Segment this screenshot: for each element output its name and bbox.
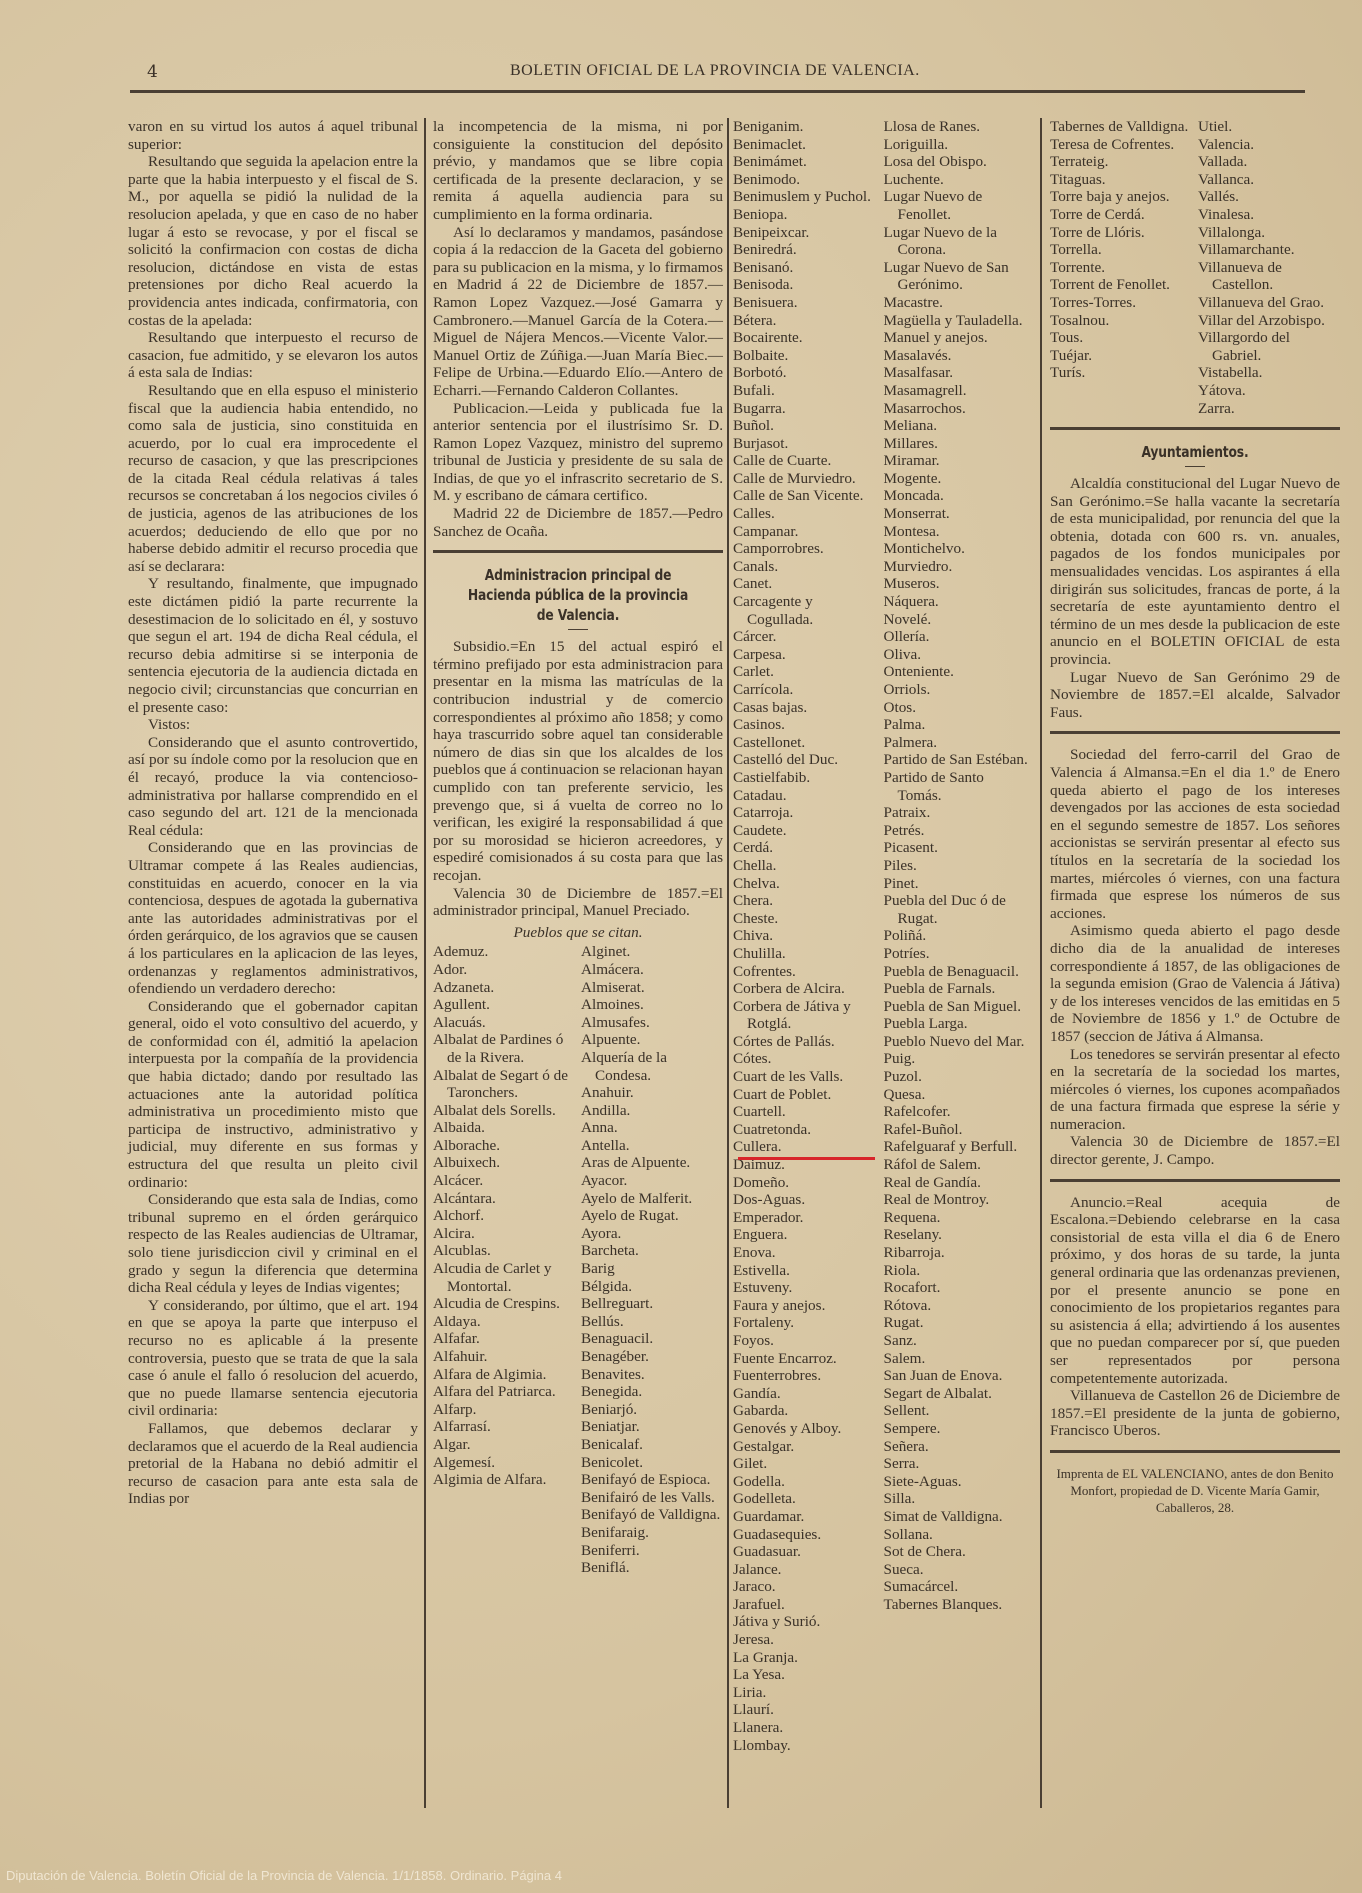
town-item: Sellent.: [884, 1402, 1029, 1420]
town-item: Benegida.: [581, 1383, 723, 1401]
town-item: Torrente.: [1050, 259, 1192, 277]
town-item: Alquería de la Condesa.: [581, 1049, 723, 1084]
town-item: Náquera.: [884, 593, 1029, 611]
town-item: Benimodo.: [733, 171, 878, 189]
towns-column-left: Ademuz.Ador.Adzaneta.Agullent.Alacuás.Al…: [433, 943, 575, 1576]
town-item: Andilla.: [581, 1102, 723, 1120]
town-item: Zarra.: [1198, 400, 1340, 418]
town-item: Benicalaf.: [581, 1436, 723, 1454]
town-item: Guadasequies.: [733, 1526, 878, 1544]
town-item: Carlet.: [733, 663, 878, 681]
town-item: Picasent.: [884, 839, 1029, 857]
town-item: Alacuás.: [433, 1014, 575, 1032]
town-item: Benisoda.: [733, 276, 878, 294]
town-item: Alcublas.: [433, 1242, 575, 1260]
section-title-hacienda: Administracion principal de Hacienda púb…: [459, 565, 697, 625]
town-item: Benavites.: [581, 1366, 723, 1384]
paragraph: Resultando que en ella espuso el ministe…: [128, 382, 418, 576]
town-item: Sot de Chera.: [884, 1543, 1029, 1561]
paragraph: Sociedad del ferro-carril del Grao de Va…: [1050, 746, 1340, 922]
town-item: Vallanca.: [1198, 171, 1340, 189]
town-item: Tous.: [1050, 329, 1192, 347]
town-item: Cuart de les Valls.: [733, 1068, 878, 1086]
town-item: Antella.: [581, 1137, 723, 1155]
town-item: Cuatretonda.: [733, 1121, 878, 1139]
town-item: Castelló del Duc.: [733, 751, 878, 769]
town-item: Godella.: [733, 1473, 878, 1491]
town-item: Tabernes de Valldigna.: [1050, 118, 1192, 136]
divider-dash: [568, 629, 588, 630]
town-item: Cullera.: [733, 1138, 878, 1156]
town-item: Barcheta.: [581, 1242, 723, 1260]
town-item: Titaguas.: [1050, 171, 1192, 189]
paragraph: Resultando que interpuesto el recurso de…: [128, 329, 418, 382]
town-item: Sollana.: [884, 1526, 1029, 1544]
town-item: Magüella y Tauladella.: [884, 312, 1029, 330]
column-divider: [1040, 118, 1042, 1808]
town-item: Domeño.: [733, 1174, 878, 1192]
town-item: Albuixech.: [433, 1154, 575, 1172]
town-item: Beniopa.: [733, 206, 878, 224]
town-item: Aldaya.: [433, 1313, 575, 1331]
town-item: Alcácer.: [433, 1172, 575, 1190]
towns-list: Beniganim.Benimaclet.Benimámet.Benimodo.…: [733, 118, 1028, 1754]
town-item: Benimaclet.: [733, 136, 878, 154]
paragraph: Asimismo queda abierto el pago desde dic…: [1050, 922, 1340, 1045]
town-item: Torre de Cerdá.: [1050, 206, 1192, 224]
town-item: Barig: [581, 1260, 723, 1278]
paragraph: Valencia 30 de Diciembre de 1857.=El dir…: [1050, 1133, 1340, 1168]
town-item: Ribarroja.: [884, 1244, 1029, 1262]
paragraph: Anuncio.=Real acequia de Escalona.=Debie…: [1050, 1194, 1340, 1388]
town-item: Monserrat.: [884, 505, 1029, 523]
town-item: Cerdá.: [733, 839, 878, 857]
column-divider: [424, 118, 426, 1808]
town-item: Yátova.: [1198, 382, 1340, 400]
town-item: Meliana.: [884, 417, 1029, 435]
town-item: Puzol.: [884, 1068, 1029, 1086]
town-item: Villanueva de Castellon.: [1198, 259, 1340, 294]
town-item: Petrés.: [884, 822, 1029, 840]
town-item: Ayacor.: [581, 1172, 723, 1190]
paragraph: Vistos:: [128, 716, 418, 734]
town-item: Benimuslem y Puchol.: [733, 188, 878, 206]
paragraph: Así lo declaramos y mandamos, pasándose …: [433, 224, 723, 400]
town-item: Emperador.: [733, 1209, 878, 1227]
town-item: Alginet.: [581, 943, 723, 961]
town-item: Miramar.: [884, 452, 1029, 470]
town-item: Riola.: [884, 1262, 1029, 1280]
towns-list: Ademuz.Ador.Adzaneta.Agullent.Alacuás.Al…: [433, 943, 723, 1576]
paragraph: Resultando que seguida la apelacion entr…: [128, 153, 418, 329]
town-item: Gabarda.: [733, 1402, 878, 1420]
paragraph: Y considerando, por último, que el art. …: [128, 1297, 418, 1420]
town-item: Rafelguaraf y Berfull.: [884, 1138, 1029, 1156]
town-item: Gestalgar.: [733, 1438, 878, 1456]
town-item: Beniganim.: [733, 118, 878, 136]
masthead-title: BOLETIN OFICIAL DE LA PROVINCIA DE VALEN…: [510, 62, 920, 80]
paragraph: Fallamos, que debemos declarar y declara…: [128, 1420, 418, 1508]
town-item: Anahuir.: [581, 1084, 723, 1102]
town-item: Jeresa.: [733, 1631, 878, 1649]
town-item: Partido de San Estéban.: [884, 751, 1029, 769]
town-item: Terrateig.: [1050, 153, 1192, 171]
towns-column-left: Tabernes de Valldigna.Teresa de Cofrente…: [1050, 118, 1192, 417]
town-item: Benimámet.: [733, 153, 878, 171]
town-item: Campanar.: [733, 523, 878, 541]
town-item: Albalat de Segart ó de Taronchers.: [433, 1067, 575, 1102]
paragraph: Y resultando, finalmente, que impugnado …: [128, 575, 418, 716]
town-item: Utiel.: [1198, 118, 1340, 136]
town-item: Tosalnou.: [1050, 312, 1192, 330]
town-item: Rafelcofer.: [884, 1103, 1029, 1121]
town-item: Torrella.: [1050, 241, 1192, 259]
town-item: Cárcer.: [733, 628, 878, 646]
town-item: Pinet.: [884, 875, 1029, 893]
town-item: Estivella.: [733, 1262, 878, 1280]
town-item: Fuenterrobres.: [733, 1367, 878, 1385]
town-item: Enguera.: [733, 1226, 878, 1244]
town-item: Bugarra.: [733, 400, 878, 418]
town-item: Almácera.: [581, 961, 723, 979]
town-item: Cuart de Poblet.: [733, 1086, 878, 1104]
town-item: Albalat de Pardines ó de la Rivera.: [433, 1031, 575, 1066]
town-item: Genovés y Alboy.: [733, 1420, 878, 1438]
town-item: Alfarrasí.: [433, 1418, 575, 1436]
town-item: Silla.: [884, 1490, 1029, 1508]
town-item: Beniredrá.: [733, 241, 878, 259]
town-item: Benifayó de Espioca.: [581, 1471, 723, 1489]
town-item: Masarrochos.: [884, 400, 1029, 418]
town-item: Llanera.: [733, 1719, 878, 1737]
town-item: Casinos.: [733, 716, 878, 734]
town-item: Bufali.: [733, 382, 878, 400]
town-item: Cótes.: [733, 1050, 878, 1068]
town-item: Fuente Encarroz.: [733, 1350, 878, 1368]
town-item: Almiserat.: [581, 979, 723, 997]
town-item: Enova.: [733, 1244, 878, 1262]
town-item: Beniatjar.: [581, 1418, 723, 1436]
town-item: Benagéber.: [581, 1348, 723, 1366]
town-item: Torres-Torres.: [1050, 294, 1192, 312]
town-item: Faura y anejos.: [733, 1297, 878, 1315]
town-item: Lugar Nuevo de San Gerónimo.: [884, 259, 1029, 294]
town-item: Sempere.: [884, 1420, 1029, 1438]
town-item: Chella.: [733, 857, 878, 875]
town-item: Chiva.: [733, 927, 878, 945]
paragraph: Alcaldía constitucional del Lugar Nuevo …: [1050, 475, 1340, 669]
town-item: Liria.: [733, 1684, 878, 1702]
town-item: Calle de San Vicente.: [733, 487, 878, 505]
town-item: Anna.: [581, 1119, 723, 1137]
highlight-underline: [738, 1157, 875, 1160]
towns-column-left: Beniganim.Benimaclet.Benimámet.Benimodo.…: [733, 118, 878, 1754]
town-item: Villamarchante.: [1198, 241, 1340, 259]
town-item: Alborache.: [433, 1137, 575, 1155]
town-item: Estuveny.: [733, 1279, 878, 1297]
town-item: Alfara del Patriarca.: [433, 1383, 575, 1401]
town-item: Museros.: [884, 575, 1029, 593]
town-item: Ráfol de Salem.: [884, 1156, 1029, 1174]
town-item: Otos.: [884, 699, 1029, 717]
column-3: Beniganim.Benimaclet.Benimámet.Benimodo.…: [733, 118, 1028, 1754]
town-item: Godelleta.: [733, 1490, 878, 1508]
town-item: Cheste.: [733, 910, 878, 928]
town-item: Masalfasar.: [884, 364, 1029, 382]
section-rule: [1050, 1179, 1340, 1182]
town-item: Benisanó.: [733, 259, 878, 277]
town-item: Sumacárcel.: [884, 1578, 1029, 1596]
paragraph: Considerando que esta sala de Indias, co…: [128, 1191, 418, 1297]
town-item: Albalat dels Sorells.: [433, 1102, 575, 1120]
town-item: Ayelo de Malferit.: [581, 1190, 723, 1208]
town-item: Carrícola.: [733, 681, 878, 699]
town-item: Llaurí.: [733, 1701, 878, 1719]
town-item: Oliva.: [884, 646, 1029, 664]
paragraph: Valencia 30 de Diciembre de 1857.=El adm…: [433, 885, 723, 920]
town-item: Calle de Murviedro.: [733, 470, 878, 488]
divider-dash: [1185, 466, 1205, 467]
town-item: Montichelvo.: [884, 540, 1029, 558]
town-item: Simat de Valldigna.: [884, 1508, 1029, 1526]
town-item: Bellús.: [581, 1313, 723, 1331]
town-item: Torrent de Fenollet.: [1050, 276, 1192, 294]
town-item: Segart de Albalat.: [884, 1385, 1029, 1403]
town-item: Villar del Arzobispo.: [1198, 312, 1340, 330]
town-item: Real de Montroy.: [884, 1191, 1029, 1209]
column-4: Tabernes de Valldigna.Teresa de Cofrente…: [1050, 118, 1340, 1516]
paragraph: Considerando que el gobernador capitan g…: [128, 998, 418, 1192]
town-item: Canals.: [733, 558, 878, 576]
town-item: Dos-Aguas.: [733, 1191, 878, 1209]
section-rule: [433, 550, 723, 553]
town-item: Jalance.: [733, 1561, 878, 1579]
town-item: Puebla de Farnals.: [884, 980, 1029, 998]
town-item: Señera.: [884, 1438, 1029, 1456]
town-item: Palmera.: [884, 734, 1029, 752]
town-item: Lugar Nuevo de la Corona.: [884, 224, 1029, 259]
town-item: Novelé.: [884, 611, 1029, 629]
town-item: Vistabella.: [1198, 364, 1340, 382]
paragraph: Subsidio.=En 15 del actual espiró el tér…: [433, 638, 723, 884]
town-item: Benisuera.: [733, 294, 878, 312]
paragraph: la incompetencia de la misma, ni por con…: [433, 118, 723, 224]
town-item: Lugar Nuevo de Fenollet.: [884, 188, 1029, 223]
town-item: Buñol.: [733, 417, 878, 435]
town-item: Beniflá.: [581, 1559, 723, 1577]
town-item: San Juan de Enova.: [884, 1367, 1029, 1385]
town-item: Gandía.: [733, 1385, 878, 1403]
town-item: Puebla del Duc ó de Rugat.: [884, 892, 1029, 927]
town-item: Bocairente.: [733, 329, 878, 347]
section-title-ayuntamientos: Ayuntamientos.: [1076, 442, 1314, 462]
town-item: Algemesí.: [433, 1454, 575, 1472]
paragraph: Lugar Nuevo de San Gerónimo 29 de Noviem…: [1050, 669, 1340, 722]
town-item: Canet.: [733, 575, 878, 593]
town-item: Benifaraig.: [581, 1524, 723, 1542]
town-item: Catadau.: [733, 787, 878, 805]
town-item: Casas bajas.: [733, 699, 878, 717]
town-item: Adzaneta.: [433, 979, 575, 997]
section-rule: [1050, 1450, 1340, 1453]
town-item: Beniarjó.: [581, 1401, 723, 1419]
town-item: Rafel-Buñol.: [884, 1121, 1029, 1139]
town-item: Bétera.: [733, 312, 878, 330]
column-1: varon en su virtud los autos á aquel tri…: [128, 118, 418, 1508]
town-item: Onteniente.: [884, 663, 1029, 681]
town-item: Luchente.: [884, 171, 1029, 189]
town-item: Montesa.: [884, 523, 1029, 541]
archive-caption: Diputación de Valencia. Boletín Oficial …: [6, 1868, 562, 1883]
town-item: Calles.: [733, 505, 878, 523]
town-item: Mogente.: [884, 470, 1029, 488]
town-item: Ayora.: [581, 1225, 723, 1243]
town-item: Palma.: [884, 716, 1029, 734]
towns-column-right: Utiel.Valencia.Vallada.Vallanca.Vallés.V…: [1198, 118, 1340, 417]
town-item: Potríes.: [884, 945, 1029, 963]
towns-list: Tabernes de Valldigna.Teresa de Cofrente…: [1050, 118, 1340, 417]
town-item: Loriguilla.: [884, 136, 1029, 154]
town-item: Corbera de Alcira.: [733, 980, 878, 998]
town-item: Benipeixcar.: [733, 224, 878, 242]
town-item: Alfarp.: [433, 1401, 575, 1419]
town-item: Partido de Santo Tomás.: [884, 769, 1029, 804]
town-item: Guardamar.: [733, 1508, 878, 1526]
town-item: Corbera de Játiva y Rotglá.: [733, 998, 878, 1033]
town-item: Turís.: [1050, 364, 1192, 382]
town-item: Vinalesa.: [1198, 206, 1340, 224]
town-item: Benicolet.: [581, 1454, 723, 1472]
town-item: Torre de Llóris.: [1050, 224, 1192, 242]
town-item: Aras de Alpuente.: [581, 1154, 723, 1172]
header-rule: [130, 90, 1305, 93]
town-item: Guadasuar.: [733, 1543, 878, 1561]
town-item: Valencia.: [1198, 136, 1340, 154]
town-item: Castielfabib.: [733, 769, 878, 787]
town-item: Llombay.: [733, 1737, 878, 1755]
town-item: Macastre.: [884, 294, 1029, 312]
town-item: Pueblo Nuevo del Mar.: [884, 1033, 1029, 1051]
town-item: Almusafes.: [581, 1014, 723, 1032]
column-2: la incompetencia de la misma, ni por con…: [433, 118, 723, 1577]
town-item: Carpesa.: [733, 646, 878, 664]
town-item: Tuéjar.: [1050, 347, 1192, 365]
town-item: Vallada.: [1198, 153, 1340, 171]
town-item: Alchorf.: [433, 1207, 575, 1225]
town-item: Chulilla.: [733, 945, 878, 963]
town-item: Villargordo del Gabriel.: [1198, 329, 1340, 364]
paragraph: Los tenedores se servirán presentar al e…: [1050, 1046, 1340, 1134]
town-item: Puebla de Benaguacil.: [884, 963, 1029, 981]
town-item: Millares.: [884, 435, 1029, 453]
paragraph: varon en su virtud los autos á aquel tri…: [128, 118, 418, 153]
town-item: Chelva.: [733, 875, 878, 893]
town-item: Llosa de Ranes.: [884, 118, 1029, 136]
town-item: Agullent.: [433, 996, 575, 1014]
town-item: Rugat.: [884, 1314, 1029, 1332]
town-item: Ollería.: [884, 628, 1029, 646]
town-item: Bélgida.: [581, 1278, 723, 1296]
town-item: Alcántara.: [433, 1190, 575, 1208]
town-item: Algimia de Alfara.: [433, 1471, 575, 1489]
town-item: Benifayó de Valldigna.: [581, 1506, 723, 1524]
town-item: Fortaleny.: [733, 1314, 878, 1332]
town-item: Sueca.: [884, 1561, 1029, 1579]
town-item: Chera.: [733, 892, 878, 910]
town-item: Puebla Larga.: [884, 1015, 1029, 1033]
town-item: Teresa de Cofrentes.: [1050, 136, 1192, 154]
section-rule: [1050, 427, 1340, 430]
town-item: Beniferri.: [581, 1542, 723, 1560]
town-item: Murviedro.: [884, 558, 1029, 576]
town-item: Reselany.: [884, 1226, 1029, 1244]
town-item: Cofrentes.: [733, 963, 878, 981]
town-item: Serra.: [884, 1455, 1029, 1473]
town-item: Benifairó de les Valls.: [581, 1489, 723, 1507]
town-item: Camporrobres.: [733, 540, 878, 558]
town-item: Moncada.: [884, 487, 1029, 505]
town-item: Real de Gandía.: [884, 1174, 1029, 1192]
paragraph: Considerando que en las provincias de Ul…: [128, 839, 418, 997]
town-item: Villanueva del Grao.: [1198, 294, 1340, 312]
town-item: Jaraco.: [733, 1578, 878, 1596]
town-item: Catarroja.: [733, 804, 878, 822]
town-item: Jarafuel.: [733, 1596, 878, 1614]
town-item: Quesa.: [884, 1086, 1029, 1104]
paragraph: Madrid 22 de Diciembre de 1857.—Pedro Sa…: [433, 505, 723, 540]
paragraph: Publicacion.—Leida y publicada fue la an…: [433, 400, 723, 506]
town-item: Sanz.: [884, 1332, 1029, 1350]
town-item: Borbotó.: [733, 364, 878, 382]
town-item: Orriols.: [884, 681, 1029, 699]
town-item: Puig.: [884, 1050, 1029, 1068]
paragraph: Considerando que el asunto controvertido…: [128, 734, 418, 840]
town-item: La Granja.: [733, 1649, 878, 1667]
town-item: Manuel y anejos.: [884, 329, 1029, 347]
town-item: Carcagente y Cogullada.: [733, 593, 878, 628]
town-item: Burjasot.: [733, 435, 878, 453]
town-item: Requena.: [884, 1209, 1029, 1227]
town-item: Poliñá.: [884, 927, 1029, 945]
town-item: Cuartell.: [733, 1103, 878, 1121]
town-item: Puebla de San Miguel.: [884, 998, 1029, 1016]
town-item: La Yesa.: [733, 1666, 878, 1684]
town-item: Tabernes Blanques.: [884, 1596, 1029, 1614]
town-item: Caudete.: [733, 822, 878, 840]
town-item: Villalonga.: [1198, 224, 1340, 242]
paragraph: Villanueva de Castellon 26 de Diciembre …: [1050, 1387, 1340, 1440]
town-item: Gilet.: [733, 1455, 878, 1473]
town-item: Alcudia de Carlet y Montortal.: [433, 1260, 575, 1295]
town-item: Rótova.: [884, 1297, 1029, 1315]
page-number: 4: [147, 62, 158, 82]
town-item: Alfafar.: [433, 1330, 575, 1348]
town-item: Ayelo de Rugat.: [581, 1207, 723, 1225]
town-item: Salem.: [884, 1350, 1029, 1368]
column-divider: [727, 118, 729, 1808]
town-item: Patraix.: [884, 804, 1029, 822]
town-item: Losa del Obispo.: [884, 153, 1029, 171]
town-item: Castellonet.: [733, 734, 878, 752]
town-item: Albaida.: [433, 1119, 575, 1137]
town-item: Benaguacil.: [581, 1330, 723, 1348]
town-item: Masalavés.: [884, 347, 1029, 365]
town-item: Calle de Cuarte.: [733, 452, 878, 470]
town-item: Játiva y Surió.: [733, 1613, 878, 1631]
section-rule: [1050, 731, 1340, 734]
town-item: Ador.: [433, 961, 575, 979]
town-item: Siete-Aguas.: [884, 1473, 1029, 1491]
